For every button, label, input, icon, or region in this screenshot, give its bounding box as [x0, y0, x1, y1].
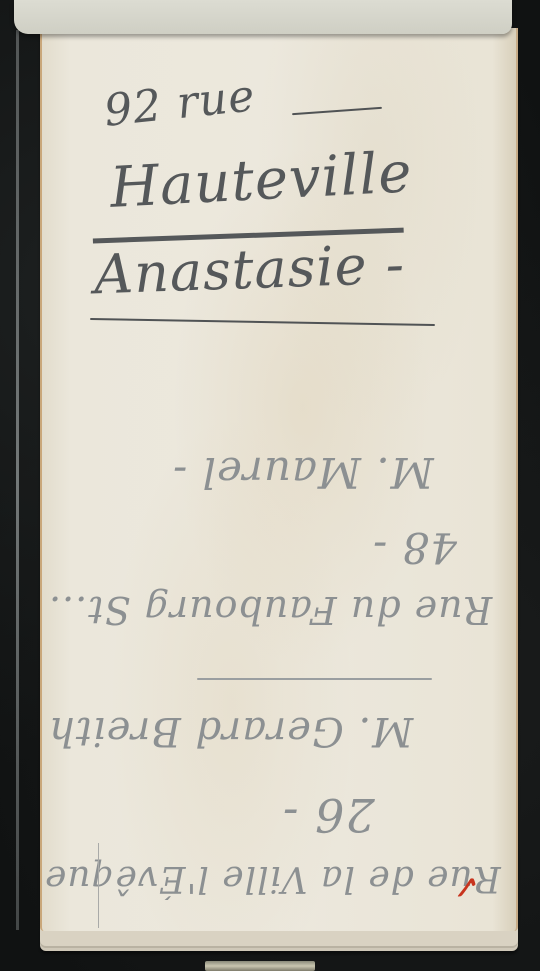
inverted-divider — [197, 678, 432, 680]
address-number-street: 92 rue — [102, 70, 258, 137]
contact-name: Anastasie - — [93, 233, 406, 307]
inverted-name-2: M. Gerard Breith — [48, 708, 413, 754]
folded-previous-page — [14, 0, 512, 34]
address-street-name: Hauteville — [109, 140, 414, 221]
inverted-address-1: Rue du Faubourg St... — [48, 588, 492, 632]
notebook-clasp — [205, 961, 315, 971]
cover-spine-edge — [16, 30, 19, 930]
inverted-address-2: Rue de la Ville l'Évêque — [44, 858, 501, 899]
street-dash — [292, 107, 382, 115]
notebook-page: 92 rue Hauteville Anastasie - M. Maurel … — [40, 28, 518, 931]
underline-divider — [90, 318, 435, 326]
red-check-mark: ✓ — [452, 866, 481, 906]
margin-line — [98, 843, 99, 928]
inverted-number-1: 48 - — [372, 523, 457, 572]
inverted-number-2: 26 - — [282, 788, 375, 842]
inverted-name-1: M. Maurel - — [172, 448, 434, 497]
